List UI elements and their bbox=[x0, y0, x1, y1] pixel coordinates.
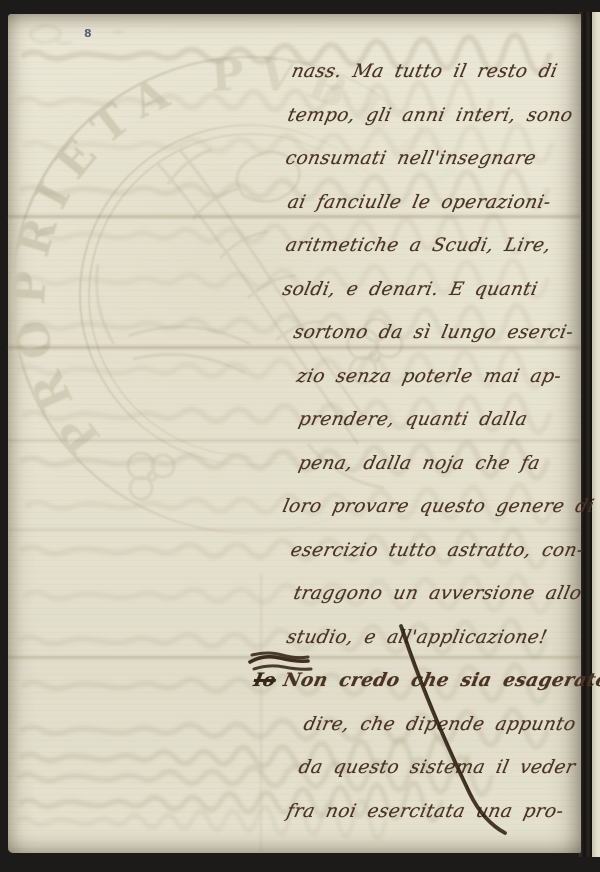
manuscript-line: sortono da sì lungo eserci- bbox=[289, 311, 584, 355]
manuscript-line: traggono un avversione allo bbox=[289, 572, 584, 616]
paper-sheet: PROPRIETA PVBBLICA bbox=[8, 14, 581, 853]
manuscript-line: nass. Ma tutto il resto di bbox=[287, 50, 584, 94]
scanned-manuscript-page: { "page": { "page_number": "8", "seal_te… bbox=[0, 0, 600, 872]
manuscript-text: nass. Ma tutto il resto di tempo, gli an… bbox=[276, 50, 578, 833]
adjacent-page-edge bbox=[592, 12, 600, 857]
manuscript-line-with-strikeout: IoNon credo che sia esagerato il bbox=[249, 659, 584, 703]
manuscript-line: ai fanciulle le operazioni- bbox=[283, 181, 584, 225]
strikethrough-word: Io bbox=[249, 659, 280, 703]
manuscript-line: esercizio tutto astratto, con- bbox=[286, 529, 584, 573]
manuscript-line: loro provare questo genere di bbox=[278, 485, 584, 529]
crease-line-vertical bbox=[260, 574, 262, 853]
manuscript-line: zio senza poterle mai ap- bbox=[292, 355, 584, 399]
pencil-doodle bbox=[30, 25, 123, 43]
manuscript-line: tempo, gli anni interi, sono bbox=[283, 94, 584, 138]
manuscript-line: dire, che dipende appunto bbox=[299, 703, 584, 747]
page-number: 8 bbox=[84, 27, 100, 43]
manuscript-line: da questo sistema il veder bbox=[294, 746, 584, 790]
manuscript-line: pena, dalla noja che fa bbox=[294, 442, 584, 486]
manuscript-line: aritmetiche a Scudi, Lire, bbox=[281, 224, 584, 268]
manuscript-line: studio, e all'applicazione! bbox=[282, 616, 584, 660]
manuscript-line: prendere, quanti dalla bbox=[294, 398, 584, 442]
manuscript-line: soldi, e denari. E quanti bbox=[278, 268, 584, 312]
manuscript-line: consumati nell'insegnare bbox=[281, 137, 584, 181]
manuscript-line: fra noi esercitata una pro- bbox=[282, 790, 584, 834]
